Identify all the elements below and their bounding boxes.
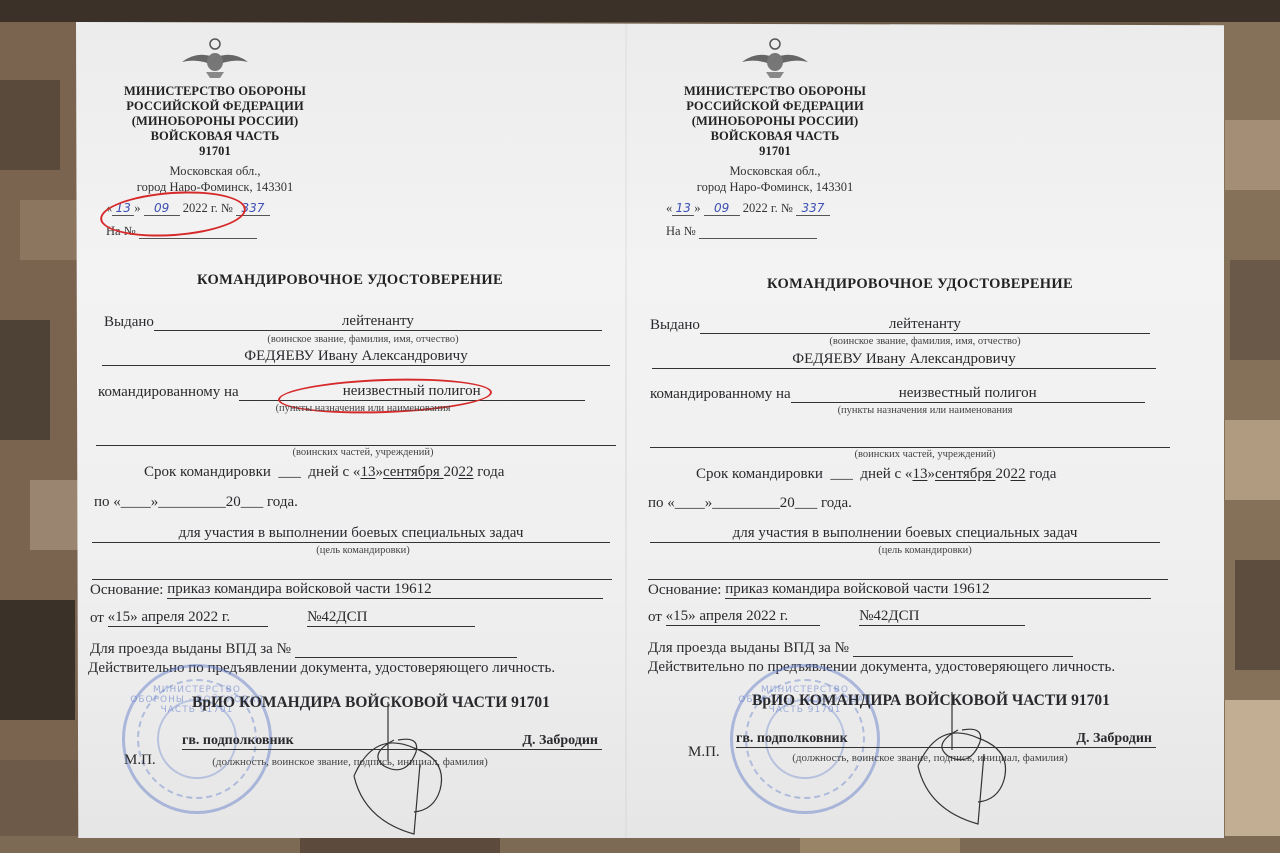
document-title: КОМАНДИРОВОЧНОЕ УДОСТОВЕРЕНИЕ <box>80 272 620 289</box>
full-name-row: ФЕДЯЕВУ Ивану Александровичу <box>652 351 1182 369</box>
order-date-value: «15» апреля 2022 г. <box>666 608 820 626</box>
purpose-value: для участия в выполнении боевых специаль… <box>92 525 610 543</box>
address-line1: Московская обл., <box>660 163 890 179</box>
issued-label: Выдано <box>104 314 154 331</box>
document-title: КОМАНДИРОВОЧНОЕ УДОСТОВЕРЕНИЕ <box>650 276 1190 293</box>
units-blank-line <box>650 447 1170 448</box>
term-row: Срок командировки ___ дней с «13»сентябр… <box>696 466 1226 483</box>
destination-row: командированному нанеизвестный полигон <box>650 385 1180 403</box>
full-name-value: ФЕДЯЕВУ Ивану Александровичу <box>102 348 610 366</box>
term-from-label: дней с « <box>308 464 360 480</box>
issue-year-label: 2022 г. № <box>743 201 793 215</box>
issued-to-row: Выданолейтенанту <box>650 316 1180 334</box>
term-days-blank: ___ <box>830 466 853 482</box>
destination-caption: (пункты назначения или наименования <box>660 405 1190 416</box>
reference-number: На № <box>660 224 890 239</box>
term-year-suffix: 22 <box>1011 466 1026 482</box>
certificate-copy-right: МИНИСТЕРСТВО ОБОРОНЫ РОССИЙСКОЙ ФЕДЕРАЦИ… <box>640 0 1180 853</box>
military-unit-number: 91701 <box>660 144 890 159</box>
address-line1: Московская обл., <box>100 163 330 179</box>
paper-fold-line <box>625 22 627 838</box>
reference-label: На № <box>666 224 696 238</box>
term-from-day: 13 <box>360 464 375 480</box>
basis-label: Основание: <box>648 582 721 598</box>
handwritten-month: 09 <box>704 201 740 216</box>
order-number-value: №42ДСП <box>307 609 475 627</box>
full-name-row: ФЕДЯЕВУ Ивану Александровичу <box>102 348 632 366</box>
units-caption: (воинских частей, учреждений) <box>660 449 1190 460</box>
ministry-name-line1: МИНИСТЕРСТВО ОБОРОНЫ <box>100 84 330 99</box>
vpd-blank <box>295 643 517 658</box>
handwritten-doc-number: 337 <box>796 201 830 216</box>
term-label: Срок командировки <box>144 464 271 480</box>
issued-label: Выдано <box>650 317 700 334</box>
purpose-caption: (цель командировки) <box>98 545 628 556</box>
purpose-blank-line <box>92 579 612 580</box>
units-blank-line <box>96 445 616 446</box>
order-row: от «15» апреля 2022 г. №42ДСП <box>90 609 620 627</box>
document-header: МИНИСТЕРСТВО ОБОРОНЫ РОССИЙСКОЙ ФЕДЕРАЦИ… <box>660 36 890 239</box>
destination-caption: (пункты назначения или наименования <box>98 403 628 414</box>
term-row: Срок командировки ___ дней с «13»сентябр… <box>144 464 674 481</box>
term-from-month: сентября <box>935 466 996 482</box>
term-year-prefix: 20 <box>444 464 459 480</box>
basis-row: Основание: приказ командира войсковой ча… <box>90 581 620 599</box>
signatory-title: ВрИО КОМАНДИРА ВОЙСКОВОЙ ЧАСТИ 91701 <box>752 692 1280 710</box>
validity-note: Действительно по предъявлении документа,… <box>648 659 1178 676</box>
signature-caption: (должность, воинское звание, подпись, ин… <box>130 756 570 768</box>
term-days-blank: ___ <box>278 464 301 480</box>
ministry-eagle-emblem-icon <box>178 36 252 80</box>
term-year-word: года <box>1026 466 1057 482</box>
purpose-row: для участия в выполнении боевых специаль… <box>650 525 1180 543</box>
vpd-row: Для проезда выданы ВПД за № <box>648 640 1178 657</box>
term-from-quote: » <box>927 466 935 482</box>
term-year-word: года <box>474 464 505 480</box>
reference-blank <box>699 228 817 239</box>
ministry-name-line1: МИНИСТЕРСТВО ОБОРОНЫ <box>660 84 890 99</box>
quote-close: » <box>694 201 700 215</box>
address-line2: город Наро-Фоминск, 143301 <box>660 179 890 195</box>
term-to-row: по «____»_________20___ года. <box>648 495 1178 512</box>
order-from-label: от <box>90 610 104 626</box>
order-date-value: «15» апреля 2022 г. <box>108 609 268 627</box>
basis-row: Основание: приказ командира войсковой ча… <box>648 581 1178 599</box>
term-from-month: сентября <box>383 464 444 480</box>
handwritten-day: 13 <box>672 201 694 216</box>
vpd-row: Для проезда выданы ВПД за № <box>90 641 620 658</box>
vpd-label: Для проезда выданы ВПД за № <box>90 641 291 657</box>
military-unit-number: 91701 <box>100 144 330 159</box>
rank-caption: (воинское звание, фамилия, имя, отчество… <box>98 334 628 345</box>
rank-value: лейтенанту <box>154 313 602 331</box>
ministry-name-line2: РОССИЙСКОЙ ФЕДЕРАЦИИ <box>100 99 330 114</box>
rank-caption: (воинское звание, фамилия, имя, отчество… <box>660 336 1190 347</box>
term-label: Срок командировки <box>696 466 823 482</box>
order-row: от «15» апреля 2022 г. №42ДСП <box>648 608 1178 626</box>
purpose-value: для участия в выполнении боевых специаль… <box>650 525 1160 543</box>
ministry-name-line3: (МИНОБОРОНЫ РОССИИ) <box>100 114 330 129</box>
sent-to-label: командированному на <box>650 386 791 403</box>
term-from-label: дней с « <box>860 466 912 482</box>
order-from-label: от <box>648 609 662 625</box>
military-unit-label: ВОЙСКОВАЯ ЧАСТЬ <box>100 129 330 144</box>
rank-value: лейтенанту <box>700 316 1150 334</box>
sent-to-label: командированному на <box>98 384 239 401</box>
units-caption: (воинских частей, учреждений) <box>98 447 628 458</box>
ministry-name-line3: (МИНОБОРОНЫ РОССИИ) <box>660 114 890 129</box>
purpose-blank-line <box>648 579 1168 580</box>
ministry-eagle-emblem-icon <box>738 36 812 80</box>
issued-to-row: Выданолейтенанту <box>104 313 634 331</box>
basis-value: приказ командира войсковой части 19612 <box>725 581 1151 599</box>
term-from-day: 13 <box>912 466 927 482</box>
full-name-value: ФЕДЯЕВУ Ивану Александровичу <box>652 351 1156 369</box>
military-unit-label: ВОЙСКОВАЯ ЧАСТЬ <box>660 129 890 144</box>
basis-value: приказ командира войсковой части 19612 <box>167 581 603 599</box>
purpose-caption: (цель командировки) <box>660 545 1190 556</box>
signature-caption: (должность, воинское звание, подпись, ин… <box>740 752 1120 764</box>
issue-date-and-number: «13» 09 2022 г. № 337 <box>660 201 890 216</box>
term-to-row: по «____»_________20___ года. <box>94 494 624 511</box>
term-from-quote: » <box>375 464 383 480</box>
purpose-row: для участия в выполнении боевых специаль… <box>92 525 622 543</box>
signatory-row: гв. подполковник Д. Забродин <box>182 733 602 750</box>
vpd-blank <box>853 642 1073 657</box>
signatory-name: Д. Забродин <box>522 733 598 749</box>
handwritten-signature-icon <box>344 700 464 840</box>
ministry-name-line2: РОССИЙСКОЙ ФЕДЕРАЦИИ <box>660 99 890 114</box>
term-year-suffix: 22 <box>459 464 474 480</box>
basis-label: Основание: <box>90 582 163 598</box>
signatory-rank: гв. подполковник <box>182 733 294 748</box>
order-number-value: №42ДСП <box>859 608 1025 626</box>
destination-value: неизвестный полигон <box>791 385 1145 403</box>
vpd-label: Для проезда выданы ВПД за № <box>648 640 849 656</box>
term-year-prefix: 20 <box>996 466 1011 482</box>
certificate-copy-left: МИНИСТЕРСТВО ОБОРОНЫ РОССИЙСКОЙ ФЕДЕРАЦИ… <box>80 0 620 853</box>
